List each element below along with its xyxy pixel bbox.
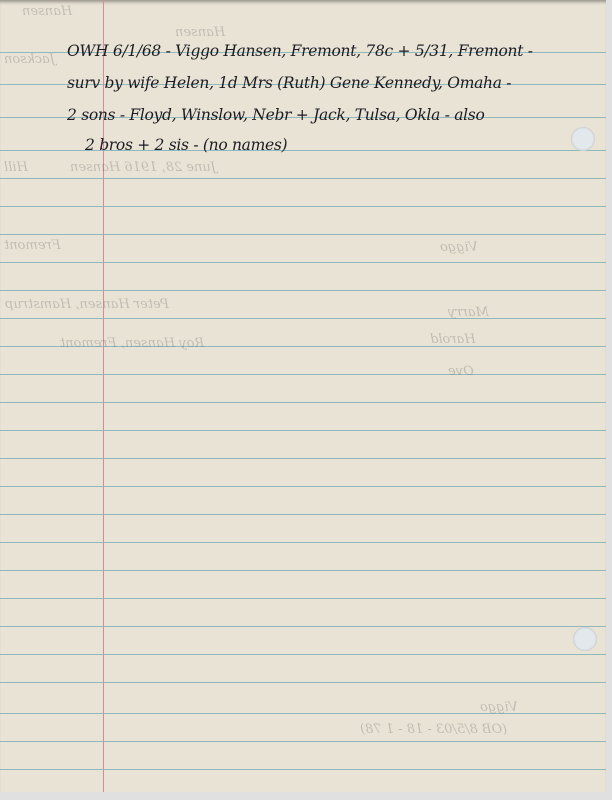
bleed-text: (OB 8/5/03 - 18 - 1 78): [360, 722, 507, 737]
handwritten-line: surv by wife Helen, 1d Mrs (Ruth) Gene K…: [67, 74, 511, 92]
punch-hole: [573, 627, 597, 651]
rule-line: [0, 234, 606, 235]
rule-line: [0, 178, 606, 179]
rule-line: [0, 570, 606, 571]
rule-line: [0, 486, 606, 487]
handwritten-line: 2 sons - Floyd, Winslow, Nebr + Jack, Tu…: [67, 106, 485, 124]
bleed-text: Harold: [430, 332, 476, 347]
rule-line: [0, 262, 606, 263]
rule-line: [0, 458, 606, 459]
rule-line: [0, 402, 606, 403]
rule-line: [0, 542, 606, 543]
handwritten-line: OWH 6/1/68 - Viggo Hansen, Fremont, 78c …: [67, 42, 533, 60]
rule-line: [0, 430, 606, 431]
handwritten-line: 2 bros + 2 sis - (no names): [85, 136, 287, 154]
rule-line: [0, 290, 606, 291]
rule-line: [0, 514, 606, 515]
bleed-text: June 28, 1916 Hansen: [70, 160, 216, 175]
rule-line: [0, 374, 606, 375]
rule-line: [0, 206, 606, 207]
bleed-text: Hill: [4, 160, 28, 175]
bleed-text: Hansen: [175, 25, 225, 40]
rule-line: [0, 682, 606, 683]
bleed-text: Ove: [448, 364, 474, 379]
rule-line: [0, 318, 606, 319]
rule-line: [0, 598, 606, 599]
rule-line: [0, 741, 606, 742]
bleed-text: Jackson: [4, 52, 55, 67]
bleed-text: Marry: [448, 305, 489, 320]
rule-line: [0, 654, 606, 655]
bleed-text: Viggo: [440, 240, 478, 255]
bleed-text: Hansen: [22, 4, 72, 19]
bleed-text: Fremont: [4, 238, 61, 253]
notebook-page: Hansen Hansen Jackson Hill June 28, 1916…: [0, 0, 606, 792]
bleed-text: Peter Hansen, Hamstrup: [5, 297, 169, 312]
bleed-text: Roy Hansen, Fremont: [60, 336, 204, 351]
bleed-text: Viggo: [480, 700, 518, 715]
punch-hole: [571, 127, 595, 151]
rule-line: [0, 626, 606, 627]
rule-line: [0, 769, 606, 770]
